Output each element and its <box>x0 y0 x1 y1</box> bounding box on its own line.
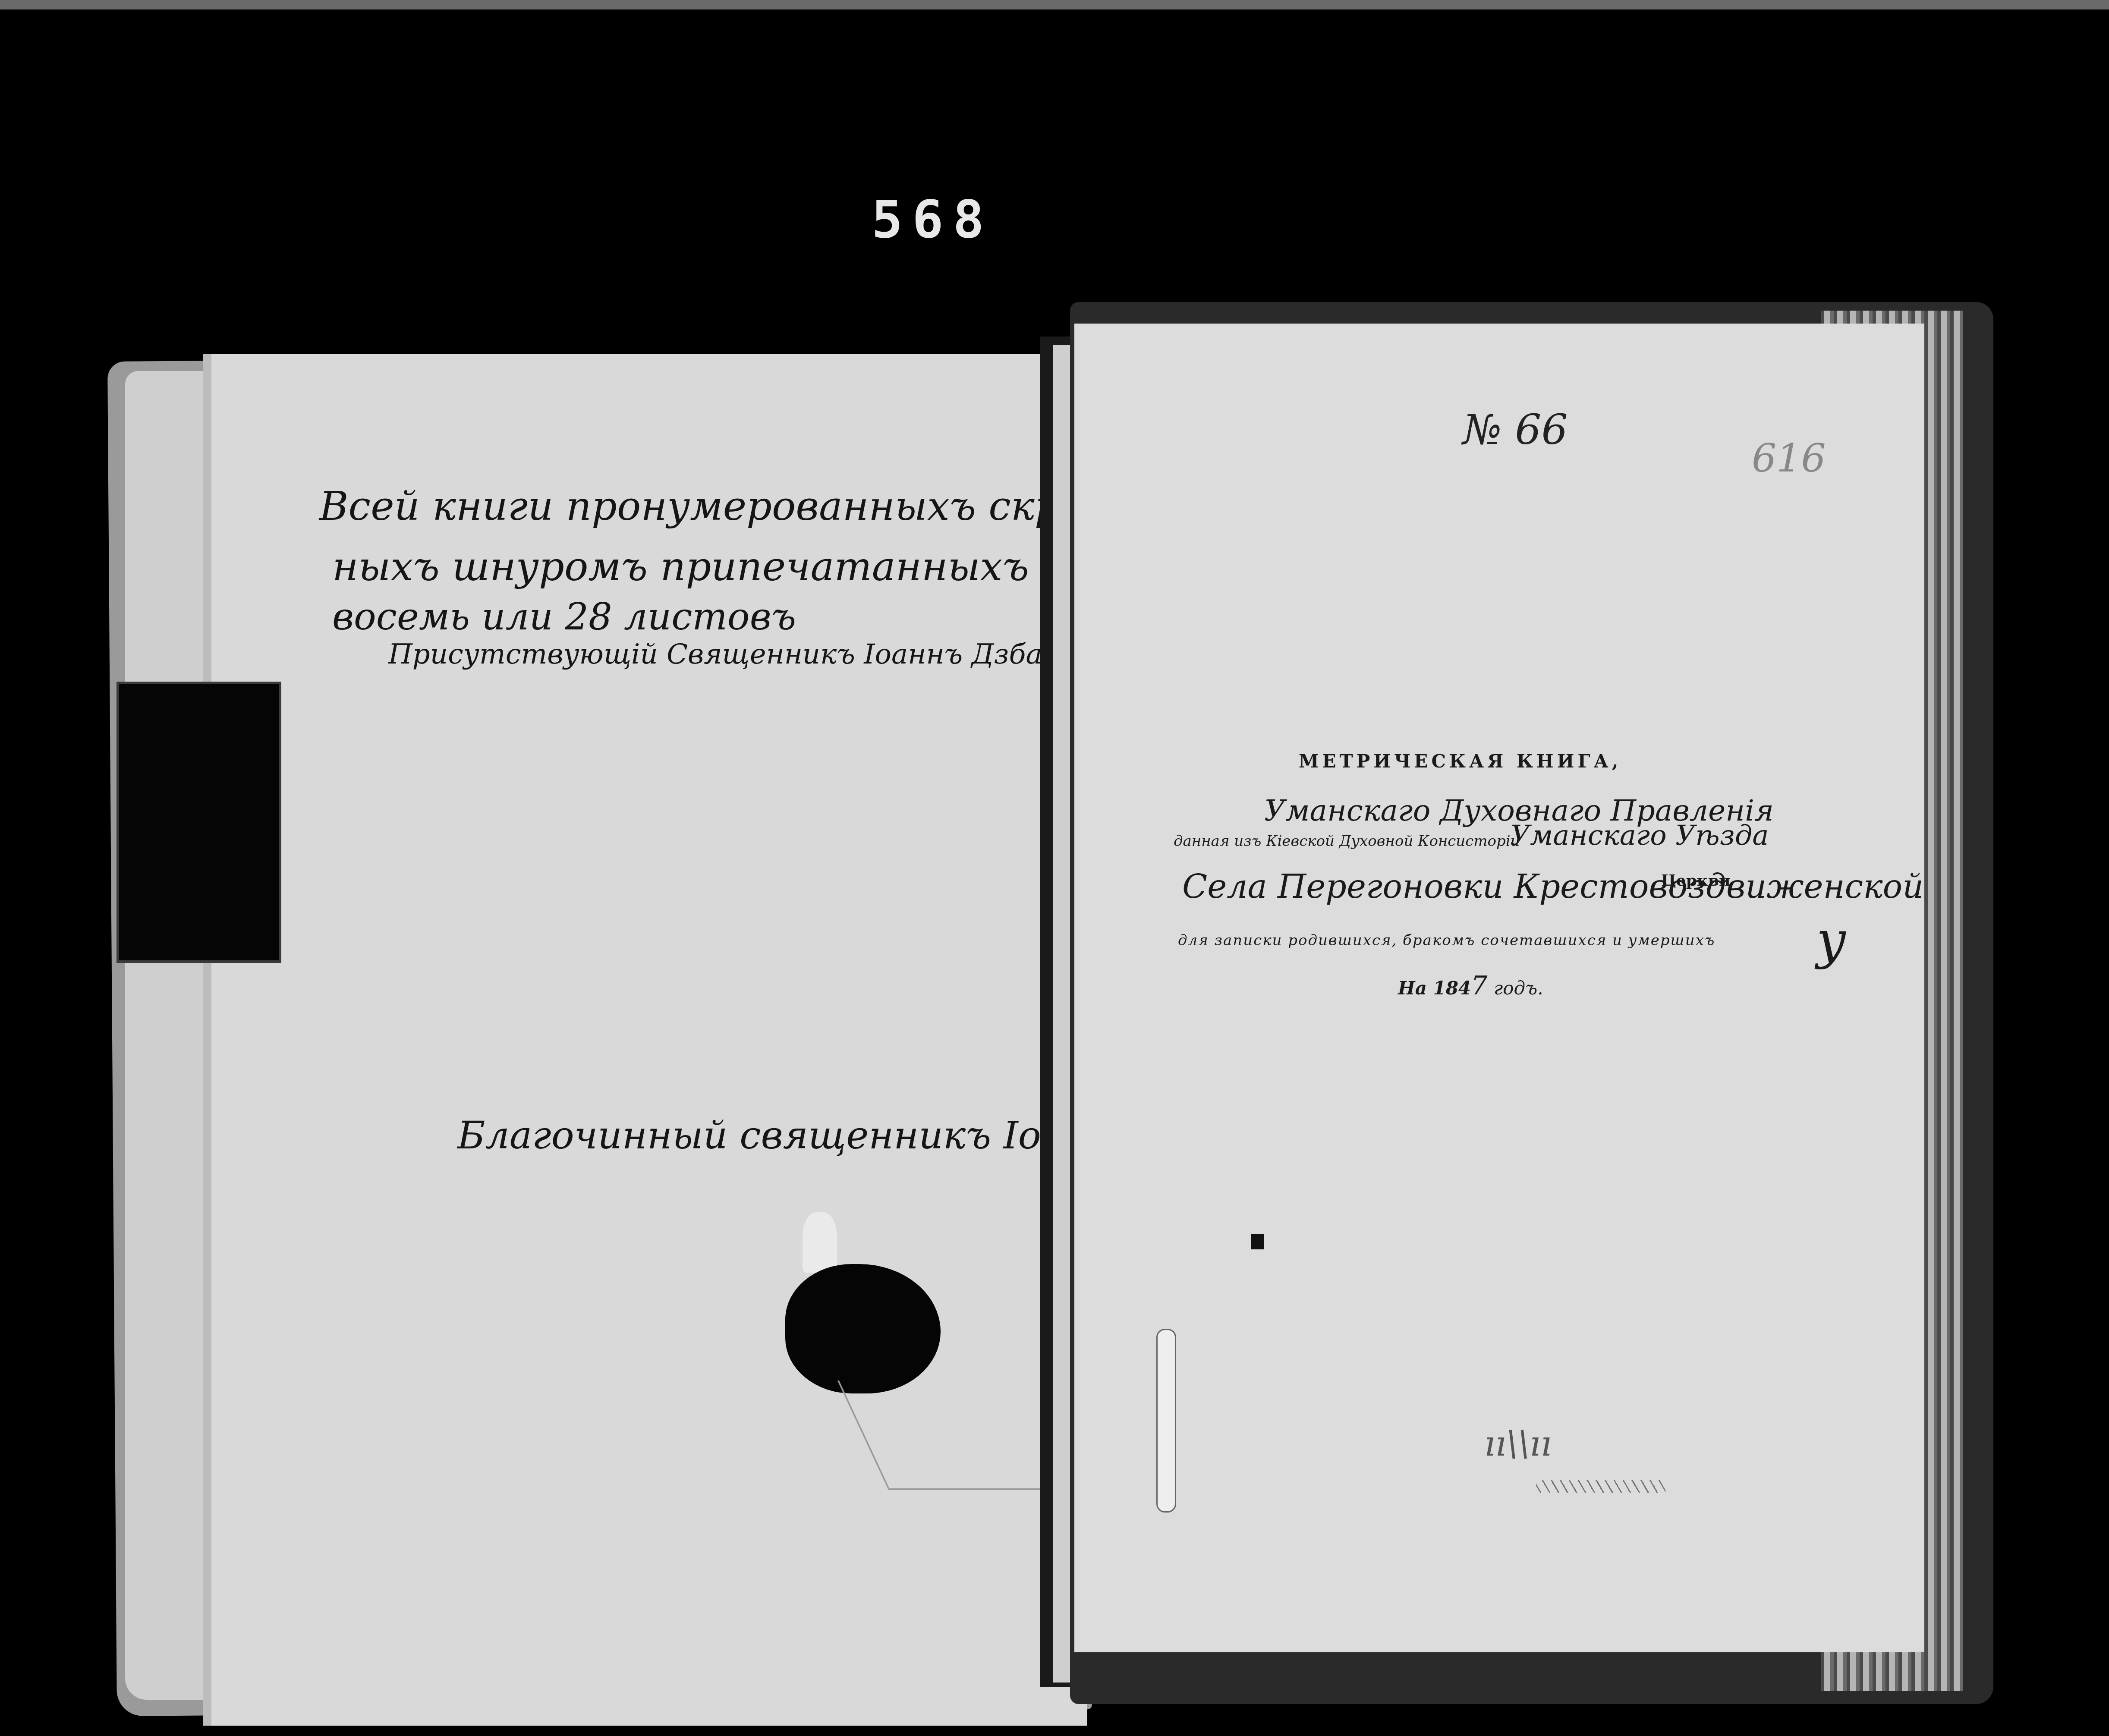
district-handwritten: Уманскаго Уѣзда <box>1510 820 1769 852</box>
certification-line-3: восемь или 28 листовъ <box>332 595 796 638</box>
year-suffix: годъ. <box>1494 978 1543 999</box>
binding-strip <box>1053 345 1070 1683</box>
seal-paper-tag <box>803 1212 837 1273</box>
year-handwritten: 7 <box>1471 971 1487 1001</box>
frame-counter: 568 <box>872 190 994 250</box>
pencil-scribble: ıı\\ıı <box>1484 1424 1552 1464</box>
year-prefix: На 184 <box>1398 978 1471 999</box>
binding-cord <box>1156 1329 1176 1513</box>
folio-number: 616 <box>1752 436 1826 481</box>
year-line: На 1847 годъ. <box>1398 971 1543 1001</box>
pencil-zigzag <box>1536 1480 1665 1493</box>
binding-hole <box>1251 1234 1264 1249</box>
given-by-label: данная изъ Кіевской Духовной Консисторіи <box>1174 833 1520 850</box>
village-handwritten: Села Перегоновки Крестовоздвиженской <box>1182 867 1923 906</box>
margin-mark: у <box>1816 910 1847 970</box>
given-by-text: данная изъ <box>1174 833 1261 850</box>
black-clip <box>116 682 281 963</box>
document-title: МЕТРИЧЕСКАЯ КНИГА, <box>1299 751 1621 772</box>
sheet-number: № 66 <box>1463 406 1568 454</box>
purpose-line: для записки родившихся, бракомъ сочетавш… <box>1178 932 1715 949</box>
certification-line-4: Присутствующій Священникъ Іоаннъ Дзбанов… <box>388 638 1146 670</box>
scan-border <box>0 0 2109 9</box>
church-label: Церкви <box>1661 871 1731 890</box>
consistory-name: Кіевской Духовной Консисторіи <box>1266 833 1520 850</box>
